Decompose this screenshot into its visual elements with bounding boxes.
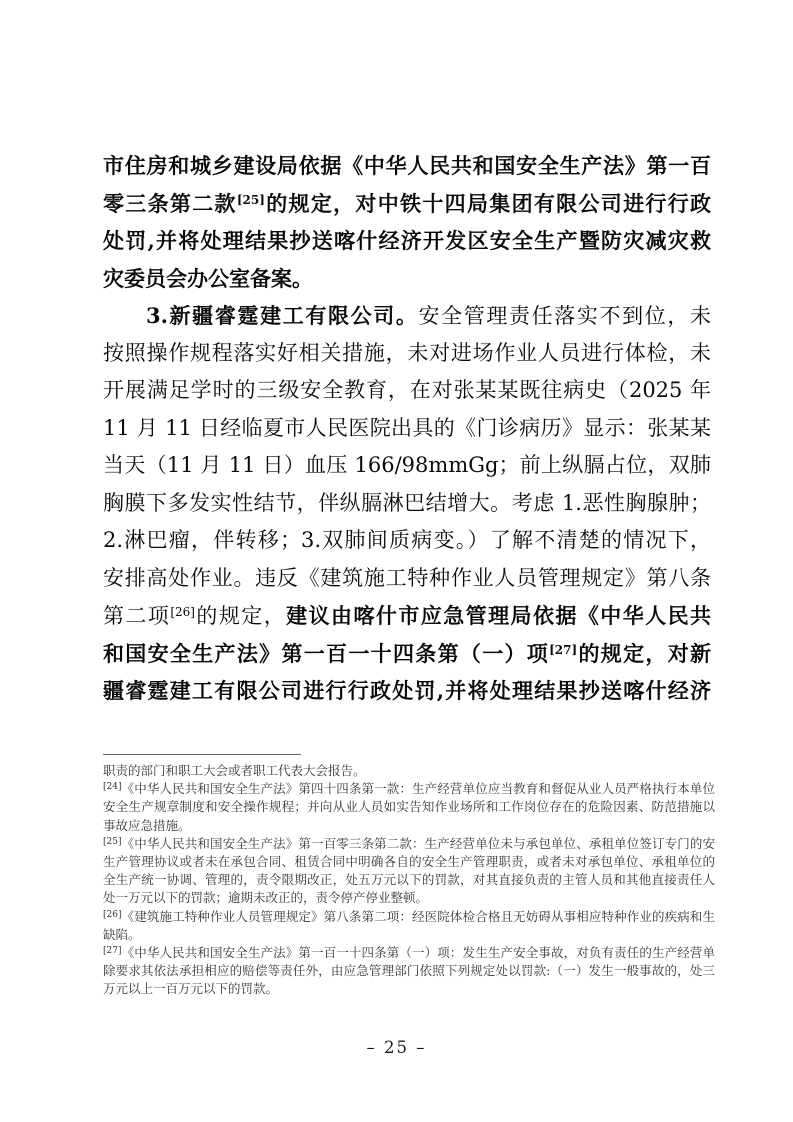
footnote-reference: [26]: [103, 910, 121, 920]
text-segment: 全生产统一协调、管理的，责令限期改正，处五万元以下的罚款，对其直接负责的主管人员…: [103, 872, 715, 889]
text-segment: 当天（11 月 11 日）血压 166/98mmGg；前上纵膈占位，双肺及: [103, 453, 711, 485]
footnote-reference: [25]: [237, 193, 265, 207]
text-segment: 建议由喀什市应急管理局依据《中华人民共: [286, 603, 711, 628]
body-text-line: 3.新疆睿霆建工有限公司。安全管理责任落实不到位，未: [103, 297, 711, 335]
text-segment: 缺陷。: [103, 927, 141, 942]
footnote-line: 职责的部门和职工大会或者职工代表大会报告。: [103, 762, 715, 780]
footnote-line: 除要求其依法承担相应的赔偿等责任外，由应急管理部门依照下列规定处以罚款:（一）发…: [103, 962, 715, 980]
body-text-line: 2.淋巴瘤，伴转移；3.双肺间质病变。）了解不清楚的情况下，: [103, 522, 711, 560]
text-segment: 万元以上一百万元以下的罚款。: [103, 981, 278, 996]
text-segment: 第二项: [103, 604, 170, 628]
text-segment: 《中华人民共和国安全生产法》第四十四条第一款：生产经营单位应当教育和督促从业人员…: [103, 781, 715, 798]
text-segment: 除要求其依法承担相应的赔偿等责任外，由应急管理部门依照下列规定处以罚款:（一）发…: [103, 963, 715, 980]
text-segment: 和国安全生产法》第一百一十四条第（一）项: [103, 641, 549, 666]
text-segment: 处罚,并将处理结果抄送喀什经济开发区安全生产暨防灾减灾救: [103, 228, 711, 253]
footnote-reference: [25]: [103, 837, 121, 847]
text-segment: 3.新疆睿霆建工有限公司。: [146, 303, 418, 328]
footnote-reference: [27]: [549, 643, 577, 657]
text-segment: 《建筑施工特种作业人员管理规定》第八条第二项：经医院体检合格且无妨碍从事相应特种…: [103, 909, 715, 926]
footnote-line: 安全生产规章制度和安全操作规程；并向从业人员如实告知作业场所和工作岗位存在的危险…: [103, 798, 715, 816]
text-segment: 灾委员会办公室备案。: [103, 266, 313, 291]
text-segment: 安全管理责任落实不到位，未: [418, 304, 711, 328]
body-text-line: 第二项[26]的规定，建议由喀什市应急管理局依据《中华人民共: [103, 597, 711, 635]
footnote-line: 事故应急措施。: [103, 817, 715, 835]
text-segment: 事故应急措施。: [103, 818, 191, 833]
body-text-line: 当天（11 月 11 日）血压 166/98mmGg；前上纵膈占位，双肺及: [103, 447, 711, 485]
body-text-line: 开展满足学时的三级安全教育，在对张某某既往病史（2025 年: [103, 372, 711, 410]
text-segment: 《中华人民共和国安全生产法》第一百零三条第二款：生产经营单位未与承包单位、承租单…: [103, 836, 715, 853]
footnote-line: 处一万元以下的罚款；逾期未改正的，责令停产停业整顿。: [103, 889, 715, 907]
text-segment: 11 月 11 日经临夏市人民医院出具的《门诊病历》显示：张某某: [103, 416, 711, 440]
text-segment: 疆睿霆建工有限公司进行行政处罚,并将处理结果抄送喀什经济: [103, 678, 711, 703]
footnote-line: 万元以上一百万元以下的罚款。: [103, 980, 715, 998]
footnote-reference: [27]: [103, 946, 121, 956]
document-page: 市住房和城乡建设局依据《中华人民共和国安全生产法》第一百零三条第二款[25]的规…: [0, 0, 793, 1122]
text-segment: 职责的部门和职工大会或者职工代表大会报告。: [103, 763, 366, 778]
text-segment: 《中华人民共和国安全生产法》第一百一十四条第（一）项：发生生产安全事故，对负有责…: [103, 945, 715, 962]
text-segment: 的规定，对中铁十四局集团有限公司进行行政: [265, 191, 711, 216]
text-segment: 处一万元以下的罚款；逾期未改正的，责令停产停业整顿。: [103, 890, 428, 905]
text-segment: 市住房和城乡建设局依据《中华人民共和国安全生产法》第一百: [103, 153, 711, 178]
footnote-line: 生产管理协议或者未在承包合同、租赁合同中明确各自的安全生产管理职责，或者未对承包…: [103, 853, 715, 871]
text-segment: 胸膜下多发实性结节，伴纵膈淋巴结增大。考虑 1.恶性胸腺肿；: [103, 491, 711, 515]
footnotes-block: 职责的部门和职工大会或者职工代表大会报告。[24]《中华人民共和国安全生产法》第…: [103, 762, 715, 998]
footnote-line: [25]《中华人民共和国安全生产法》第一百零三条第二款：生产经营单位未与承包单位…: [103, 835, 715, 853]
body-text-line: 灾委员会办公室备案。: [103, 260, 711, 298]
footnote-line: 缺陷。: [103, 926, 715, 944]
page-number: – 25 –: [0, 1038, 793, 1057]
footnote-line: [24]《中华人民共和国安全生产法》第四十四条第一款：生产经营单位应当教育和督促…: [103, 780, 715, 798]
body-text-line: 胸膜下多发实性结节，伴纵膈淋巴结增大。考虑 1.恶性胸腺肿；: [103, 485, 711, 523]
text-segment: 开展满足学时的三级安全教育，在对张某某既往病史（2025 年: [103, 378, 711, 402]
body-text-line: 11 月 11 日经临夏市人民医院出具的《门诊病历》显示：张某某: [103, 410, 711, 448]
body-text-line: 市住房和城乡建设局依据《中华人民共和国安全生产法》第一百: [103, 147, 711, 185]
body-text-line: 疆睿霆建工有限公司进行行政处罚,并将处理结果抄送喀什经济: [103, 672, 711, 710]
text-segment: 的规定，: [195, 604, 286, 628]
text-segment: 安全生产规章制度和安全操作规程；并向从业人员如实告知作业场所和工作岗位存在的危险…: [103, 799, 715, 816]
body-text-line: 处罚,并将处理结果抄送喀什经济开发区安全生产暨防灾减灾救: [103, 222, 711, 260]
text-segment: 生产管理协议或者未在承包合同、租赁合同中明确各自的安全生产管理职责，或者未对承包…: [103, 854, 715, 871]
footnote-line: [27]《中华人民共和国安全生产法》第一百一十四条第（一）项：发生生产安全事故，…: [103, 944, 715, 962]
text-segment: 安排高处作业。违反《建筑施工特种作业人员管理规定》第八条: [103, 566, 711, 590]
body-text-line: 和国安全生产法》第一百一十四条第（一）项[27]的规定，对新: [103, 635, 711, 673]
body-text-line: 安排高处作业。违反《建筑施工特种作业人员管理规定》第八条: [103, 560, 711, 598]
footnote-reference: [24]: [103, 782, 121, 792]
text-segment: 的规定，对新: [577, 641, 711, 666]
text-segment: 按照操作规程落实好相关措施，未对进场作业人员进行体检，未: [103, 341, 711, 365]
body-text-line: 零三条第二款[25]的规定，对中铁十四局集团有限公司进行行政: [103, 185, 711, 223]
text-segment: 零三条第二款: [103, 191, 237, 216]
body-text-line: 按照操作规程落实好相关措施，未对进场作业人员进行体检，未: [103, 335, 711, 373]
text-segment: 2.淋巴瘤，伴转移；3.双肺间质病变。）了解不清楚的情况下，: [103, 528, 711, 552]
footnote-line: 全生产统一协调、管理的，责令限期改正，处五万元以下的罚款，对其直接负责的主管人员…: [103, 871, 715, 889]
footnote-separator-line: [103, 754, 301, 755]
footnote-reference: [26]: [170, 605, 195, 619]
main-text-block: 市住房和城乡建设局依据《中华人民共和国安全生产法》第一百零三条第二款[25]的规…: [103, 147, 711, 710]
footnote-line: [26]《建筑施工特种作业人员管理规定》第八条第二项：经医院体检合格且无妨碍从事…: [103, 908, 715, 926]
